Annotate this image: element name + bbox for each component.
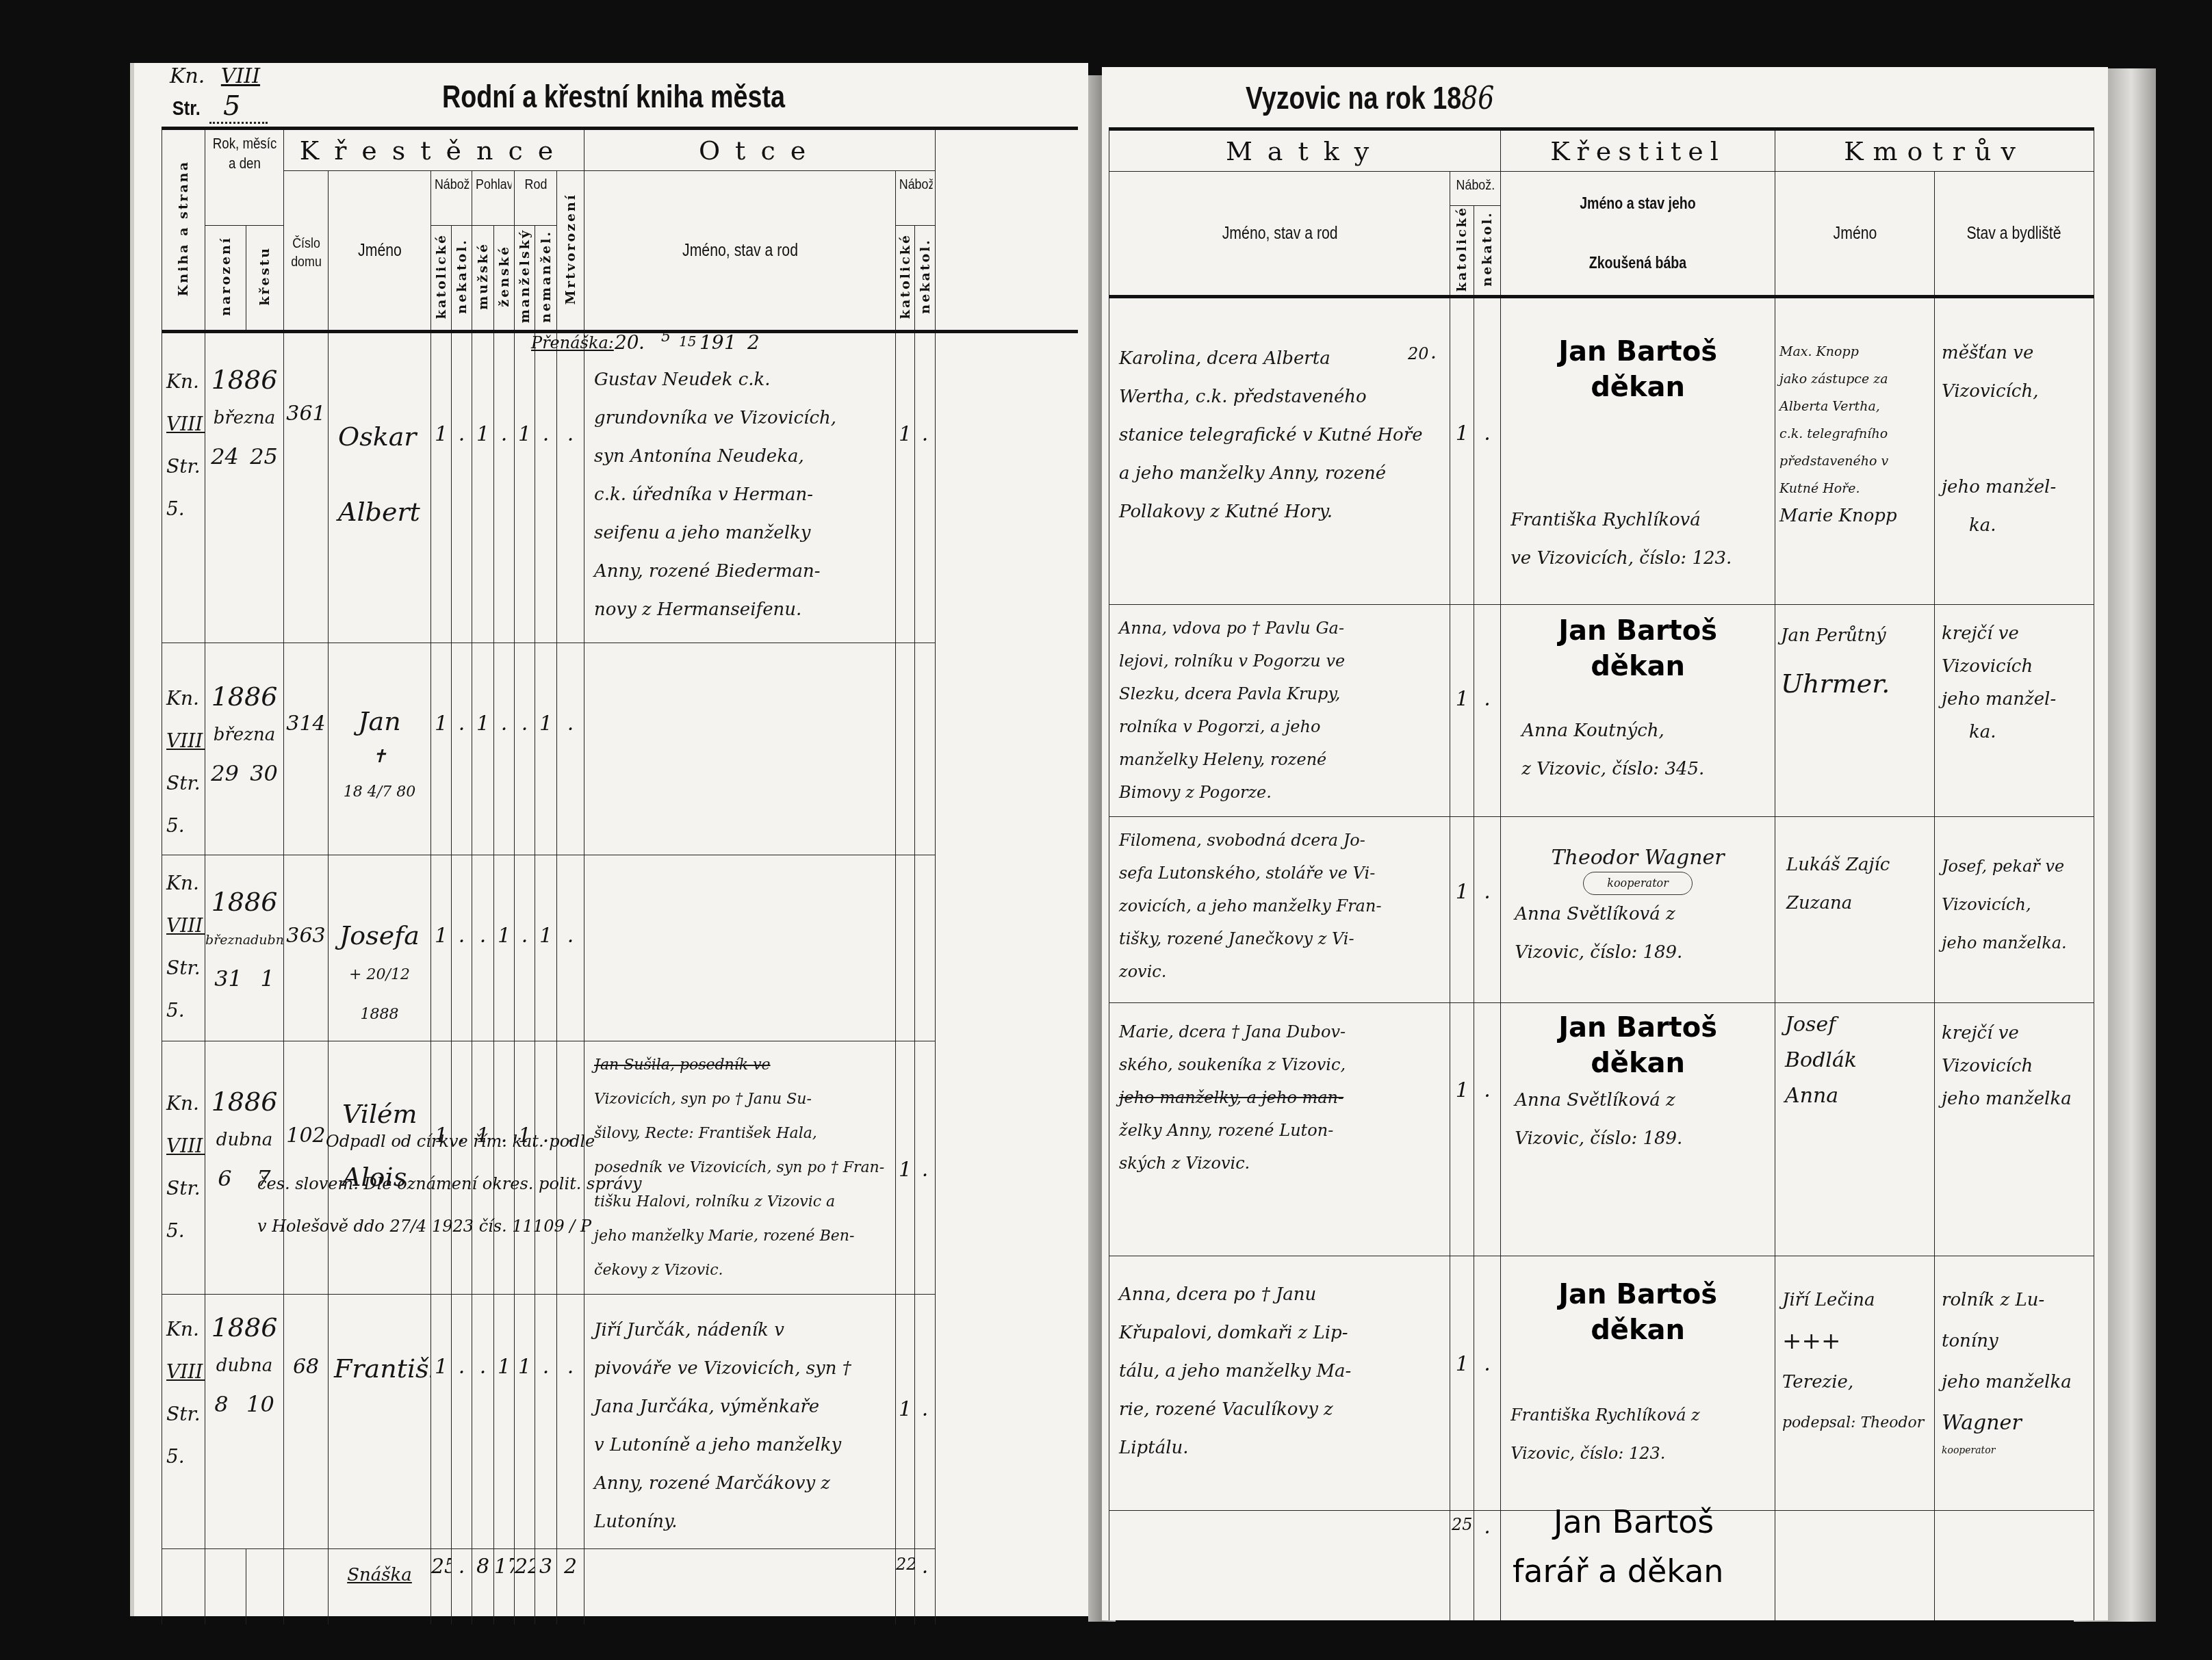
entry-2-dates: 1886 března 2930 xyxy=(205,643,284,855)
page-title-right: Vyzovic na rok 1886 xyxy=(1246,79,1494,116)
entry-3-mother: Filomena, svobodná dcera Jo-sefa Lutonsk… xyxy=(1109,817,1450,1003)
entry-5-father: Jiří Jurčák, nádeník vpivováře ve Vizovi… xyxy=(584,1295,896,1549)
entry-3-ref: Kn.VIII.Str.5. xyxy=(162,855,205,1041)
table-row-entry-4-right: Marie, dcera † Jana Dubov-ského, soukení… xyxy=(1109,1003,2094,1256)
header-pohlavi: Pohlaví xyxy=(475,171,511,226)
entry-5-muzske: . xyxy=(472,1295,494,1549)
entry-3-father-nekatol xyxy=(915,855,936,1041)
totals-matka-katolicke: 25 xyxy=(1450,1511,1474,1620)
entry-1-mother-katolicke: 1 xyxy=(1450,297,1474,605)
entry-1-godparent-names: Max. Knoppjako zástupce zaAlberta Vertha… xyxy=(1775,297,1935,605)
entry-5-dates: 1886 dubna 810 xyxy=(205,1295,284,1549)
header-kmotr-stav: Stav a bydliště xyxy=(1946,172,2082,297)
entry-4-godparent-names: JosefBodlákAnna xyxy=(1775,1003,1935,1256)
header-otce-jmeno-stav-rod: Jméno, stav a rod xyxy=(608,171,873,332)
entry-2-muzske: 1 xyxy=(472,643,494,855)
entry-3-mother-nekatol: . xyxy=(1474,817,1501,1003)
carry-forward-nemanzel: 1 xyxy=(724,331,736,354)
entry-5-zenske: 1 xyxy=(494,1295,515,1549)
entry-1-born-day: 24 xyxy=(211,437,239,476)
header-jmeno: Jméno xyxy=(336,171,424,332)
entry-4-father-katolicke: 1 xyxy=(896,1041,915,1295)
entry-5-katolicke: 1 xyxy=(431,1295,452,1549)
header-kniha-a-strana: Kniha a strana xyxy=(162,129,205,332)
entry-2-godparent-names: Jan PerůtnýUhrmer. xyxy=(1775,605,1935,817)
entry-3-godparent-names: Lukáš ZajícZuzana xyxy=(1775,817,1935,1003)
table-row-entry-3: Kn.VIII.Str.5. 1886 březnadubna 311 363 … xyxy=(162,855,1078,1041)
entry-5-godparent-names: Jiří Lečina+++Terezie,podepsal: Theodor xyxy=(1775,1256,1935,1511)
page-title-left: Rodní a křestní kniha města xyxy=(442,78,785,115)
entry-2-father-katolicke xyxy=(896,643,915,855)
register-table-right: Matky Křestitel Kmotrův Jméno, stav a ro… xyxy=(1109,127,2094,1620)
entry-2-father-nekatol xyxy=(915,643,936,855)
right-page: Vyzovic na rok 1886 Matky Křestitel Kmot… xyxy=(1102,67,2108,1620)
totals-nekatol: . xyxy=(452,1549,472,1624)
entry-4-godparent-status: krejčí veVizovicíchjeho manželka xyxy=(1934,1003,2094,1256)
entry-3-father xyxy=(584,855,896,1041)
entry-2-mrtvorozeni: . xyxy=(557,643,584,855)
page-ref: Str. 5 xyxy=(170,90,268,122)
title-year-handwritten: 86 xyxy=(1461,79,1494,116)
carry-forward-katolicke: 20 xyxy=(615,331,639,354)
entry-5-manzelsky: 1 xyxy=(515,1295,535,1549)
entry-5-mother-nekatol: . xyxy=(1474,1256,1501,1511)
entry-5-baptizer: Jan Bartošděkan Františka Rychlíková z V… xyxy=(1501,1256,1775,1511)
entry-1-year: 1886 xyxy=(205,361,283,399)
entry-1-zenske: . xyxy=(494,332,515,643)
carry-forward-zenske: 15 xyxy=(679,333,696,350)
header-krestitel-sub: Jméno a stav jeho Zkoušená bába xyxy=(1501,172,1775,297)
entry-2-house: 314 xyxy=(284,643,329,855)
entry-1-katolicke: 1 xyxy=(431,332,452,643)
table-row-entry-3-right: Filomena, svobodná dcera Jo-sefa Lutonsk… xyxy=(1109,817,2094,1003)
entry-3-katolicke: 1 xyxy=(431,855,452,1041)
entry-3-father-katolicke xyxy=(896,855,915,1041)
entry-5-mrtvorozeni: . xyxy=(557,1295,584,1549)
table-row-entry-5-right: Anna, dcera po † JanuKřupalovi, domkaři … xyxy=(1109,1256,2094,1511)
entry-5-name: Františka xyxy=(329,1295,431,1549)
margin-left-spacer xyxy=(936,129,1078,332)
header-nekatol: nekatol. xyxy=(452,226,472,332)
entry-4-annotation: Odpadl od církve řím. kat. podle čes. sl… xyxy=(257,1120,791,1247)
header-otce-naboz: Nábož. xyxy=(899,171,932,226)
entry-2-manzelsky: . xyxy=(515,643,535,855)
totals-zenske: 17 xyxy=(494,1549,515,1624)
entry-2-ref: Kn.VIII.Str.5. xyxy=(162,643,205,855)
entry-1-mother-nekatol: . xyxy=(1474,297,1501,605)
entry-3-midwife: Anna Světlíková z xyxy=(1501,895,1775,933)
header-rod: Rod xyxy=(517,171,554,226)
entry-3-muzske: . xyxy=(472,855,494,1041)
book-ref: Kn. VIII xyxy=(170,64,260,88)
entry-2-nekatol: . xyxy=(452,643,472,855)
header-cislo-domu: Číslo domu xyxy=(287,171,324,332)
entry-5-mother-katolicke: 1 xyxy=(1450,1256,1474,1511)
header-katolicke: katolické xyxy=(431,226,452,332)
entry-2-mother-nekatol: . xyxy=(1474,605,1501,817)
entry-1-mrtvorozeni: . xyxy=(557,332,584,643)
entry-2-zenske: . xyxy=(494,643,515,855)
entry-5-ref: Kn.VIII.Str.5. xyxy=(162,1295,205,1549)
header-zenske: ženské xyxy=(494,226,515,332)
entry-1-nekatol: . xyxy=(452,332,472,643)
entry-1-godparent-status: měšťan veVizovicích,jeho manžel-ka. xyxy=(1934,297,2094,605)
entry-2-midwife: Anna Koutných, xyxy=(1501,712,1775,750)
entry-2-nemanzel: 1 xyxy=(535,643,557,855)
entry-1-house: 361 xyxy=(284,332,329,643)
header-kmotruv: Kmotrův xyxy=(1775,129,2094,172)
entry-1-manzelsky: 1 xyxy=(515,332,535,643)
header-nemanzel: nemanžel. xyxy=(535,226,557,332)
table-row-entry-1-right: Karolina, dcera AlbertaWertha, c.k. před… xyxy=(1109,297,2094,605)
header-matky-katolicke: katolické xyxy=(1450,206,1474,297)
entry-3-manzelsky: . xyxy=(515,855,535,1041)
entry-1-nemanzel: . xyxy=(535,332,557,643)
totals-matka-nekatol: . xyxy=(1474,1511,1501,1620)
header-rok-mesic-den: Rok, měsíc a den xyxy=(211,129,278,226)
totals-nemanzel: 3 xyxy=(535,1549,557,1624)
totals-otec-katolicke: 22 xyxy=(896,1549,915,1624)
header-naboz: Nábož. xyxy=(434,171,469,226)
header-narozeni: narození xyxy=(205,226,246,332)
entry-5-godparent-status: rolník z Lu-tonínyjeho manželkaWagnerkoo… xyxy=(1934,1256,2094,1511)
entry-2-katolicke: 1 xyxy=(431,643,452,855)
entry-5-mother: Anna, dcera po † JanuKřupalovi, domkaři … xyxy=(1109,1256,1450,1511)
entry-5-midwife: Františka Rychlíková z xyxy=(1501,1396,1775,1434)
entry-5-nemanzel: . xyxy=(535,1295,557,1549)
entry-1-midwife: Františka Rychlíková xyxy=(1501,501,1775,539)
table-row-entry-2-right: Anna, vdova po † Pavlu Ga-lejovi, rolník… xyxy=(1109,605,2094,817)
totals-muzske: 8 xyxy=(472,1549,494,1624)
entry-4-midwife: Anna Světlíková z xyxy=(1501,1081,1775,1119)
entry-4-mother-katolicke: 1 xyxy=(1450,1003,1474,1256)
book-ref-label: Kn. xyxy=(170,64,205,88)
entry-1-ref: Kn.VIII.Str.5. xyxy=(162,332,205,643)
entry-5-nekatol: . xyxy=(452,1295,472,1549)
header-muzske: mužské xyxy=(472,226,494,332)
entry-1-father: Gustav Neudek c.k.grundovníka ve Vizovic… xyxy=(584,332,896,643)
carry-forward-matka-katolicke: 20 xyxy=(1408,344,1429,363)
entry-1-month: března xyxy=(205,399,283,437)
carry-forward-label: Přenáška: xyxy=(531,333,614,352)
totals-label: Snáška xyxy=(329,1549,431,1624)
book-ref-value: VIII xyxy=(221,64,260,88)
entry-5-house: 68 xyxy=(284,1295,329,1549)
entry-1-mother: Karolina, dcera AlbertaWertha, c.k. před… xyxy=(1109,297,1450,605)
entry-1-dates: 1886 března 2425 xyxy=(205,332,284,643)
closing-signature: Jan Bartoš farář a děkan xyxy=(1513,1497,1724,1596)
table-row-entry-2: Kn.VIII.Str.5. 1886 března 2930 314 Jan✝… xyxy=(162,643,1078,855)
header-kmotr-jmeno: Jméno xyxy=(1787,172,1922,297)
entry-1-baptizer: Jan Bartošděkan Františka Rychlíková ve … xyxy=(1501,297,1775,605)
entry-4-baptizer: Jan Bartošděkan Anna Světlíková z Vizovi… xyxy=(1501,1003,1775,1256)
entry-2-father xyxy=(584,643,896,855)
header-matky-nekatol: nekatol. xyxy=(1474,206,1501,297)
header-matky: Matky xyxy=(1109,129,1501,172)
left-page: Kn. VIII Str. 5 Rodní a křestní kniha mě… xyxy=(130,63,1088,1616)
entry-5-father-katolicke: 1 xyxy=(896,1295,915,1549)
totals-mrtvorozeni: 2 xyxy=(557,1549,584,1624)
entry-3-nemanzel: 1 xyxy=(535,855,557,1041)
page-ref-label: Str. xyxy=(172,97,201,120)
totals-katolicke: 25 xyxy=(431,1549,452,1624)
entry-1-muzske: 1 xyxy=(472,332,494,643)
entry-3-name: Josefa+ 20/12 1888 xyxy=(329,855,431,1041)
header-mrtvorozeni: Mrtvorození xyxy=(557,171,584,332)
carry-forward-mrtvorozeni: 2 xyxy=(747,331,760,354)
table-row-entry-1: Kn.VIII.Str.5. 1886 března 2425 361 Oska… xyxy=(162,332,1078,643)
carry-forward-matka-nekatol: . xyxy=(1430,341,1437,363)
header-otce-nekatol: nekatol. xyxy=(915,226,936,332)
entry-4-mother-nekatol: . xyxy=(1474,1003,1501,1256)
entry-5-father-nekatol: . xyxy=(915,1295,936,1549)
entry-1-father-nekatol: . xyxy=(915,332,936,643)
page-ref-value: 5 xyxy=(209,90,268,124)
entry-2-name: Jan✝18 4/7 80 xyxy=(329,643,431,855)
entry-4-father-nekatol: . xyxy=(915,1041,936,1295)
entry-3-mrtvorozeni: . xyxy=(557,855,584,1041)
totals-manzelsky: 22 xyxy=(515,1549,535,1624)
header-krestitel: Křestitel xyxy=(1501,129,1775,172)
table-row-totals-left: Snáška 25 . 8 17 22 3 2 22 . xyxy=(162,1549,1078,1624)
entry-1-baptized-day: 25 xyxy=(250,437,278,476)
entry-2-mother: Anna, vdova po † Pavlu Ga-lejovi, rolník… xyxy=(1109,605,1450,817)
entry-3-house: 363 xyxy=(284,855,329,1041)
header-manzelsky: manželský xyxy=(515,226,535,332)
entry-3-godparent-status: Josef, pekař veVizovicích,jeho manželka. xyxy=(1934,817,2094,1003)
entry-4-mother: Marie, dcera † Jana Dubov-ského, soukení… xyxy=(1109,1003,1450,1256)
entry-3-zenske: 1 xyxy=(494,855,515,1041)
entry-2-godparent-status: krejčí veVizovicíchjeho manžel-ka. xyxy=(1934,605,2094,817)
entry-1-father-katolicke: 1 xyxy=(896,332,915,643)
header-otce: Otce xyxy=(584,129,936,171)
carry-forward-manzelsky: 19 xyxy=(699,331,724,354)
carry-forward-muzske: 5 xyxy=(661,328,671,346)
entry-2-baptizer: Jan Bartošděkan Anna Koutných, z Vizovic… xyxy=(1501,605,1775,817)
totals-otec-nekatol: . xyxy=(915,1549,936,1624)
entry-3-baptizer: Theodor Wagner kooperator Anna Světlíkov… xyxy=(1501,817,1775,1003)
header-matky-naboz: Nábož. xyxy=(1454,172,1497,206)
entry-2-mother-katolicke: 1 xyxy=(1450,605,1474,817)
entry-3-nekatol: . xyxy=(452,855,472,1041)
carry-forward-nekatol: . xyxy=(639,331,645,354)
table-row-entry-5: Kn.VIII.Str.5. 1886 dubna 810 68 Františ… xyxy=(162,1295,1078,1549)
header-krestence: Křestěnce xyxy=(284,129,584,171)
header-matky-jmeno-stav-rod: Jméno, stav a rod xyxy=(1135,172,1425,297)
header-krestu: křestu xyxy=(246,226,284,332)
entry-3-dates: 1886 březnadubna 311 xyxy=(205,855,284,1041)
entry-3-mother-katolicke: 1 xyxy=(1450,817,1474,1003)
entry-4-ref: Kn.VIII.Str.5. xyxy=(162,1041,205,1295)
header-otce-katolicke: katolické xyxy=(896,226,915,332)
entry-1-name: OskarAlbert xyxy=(329,332,431,643)
